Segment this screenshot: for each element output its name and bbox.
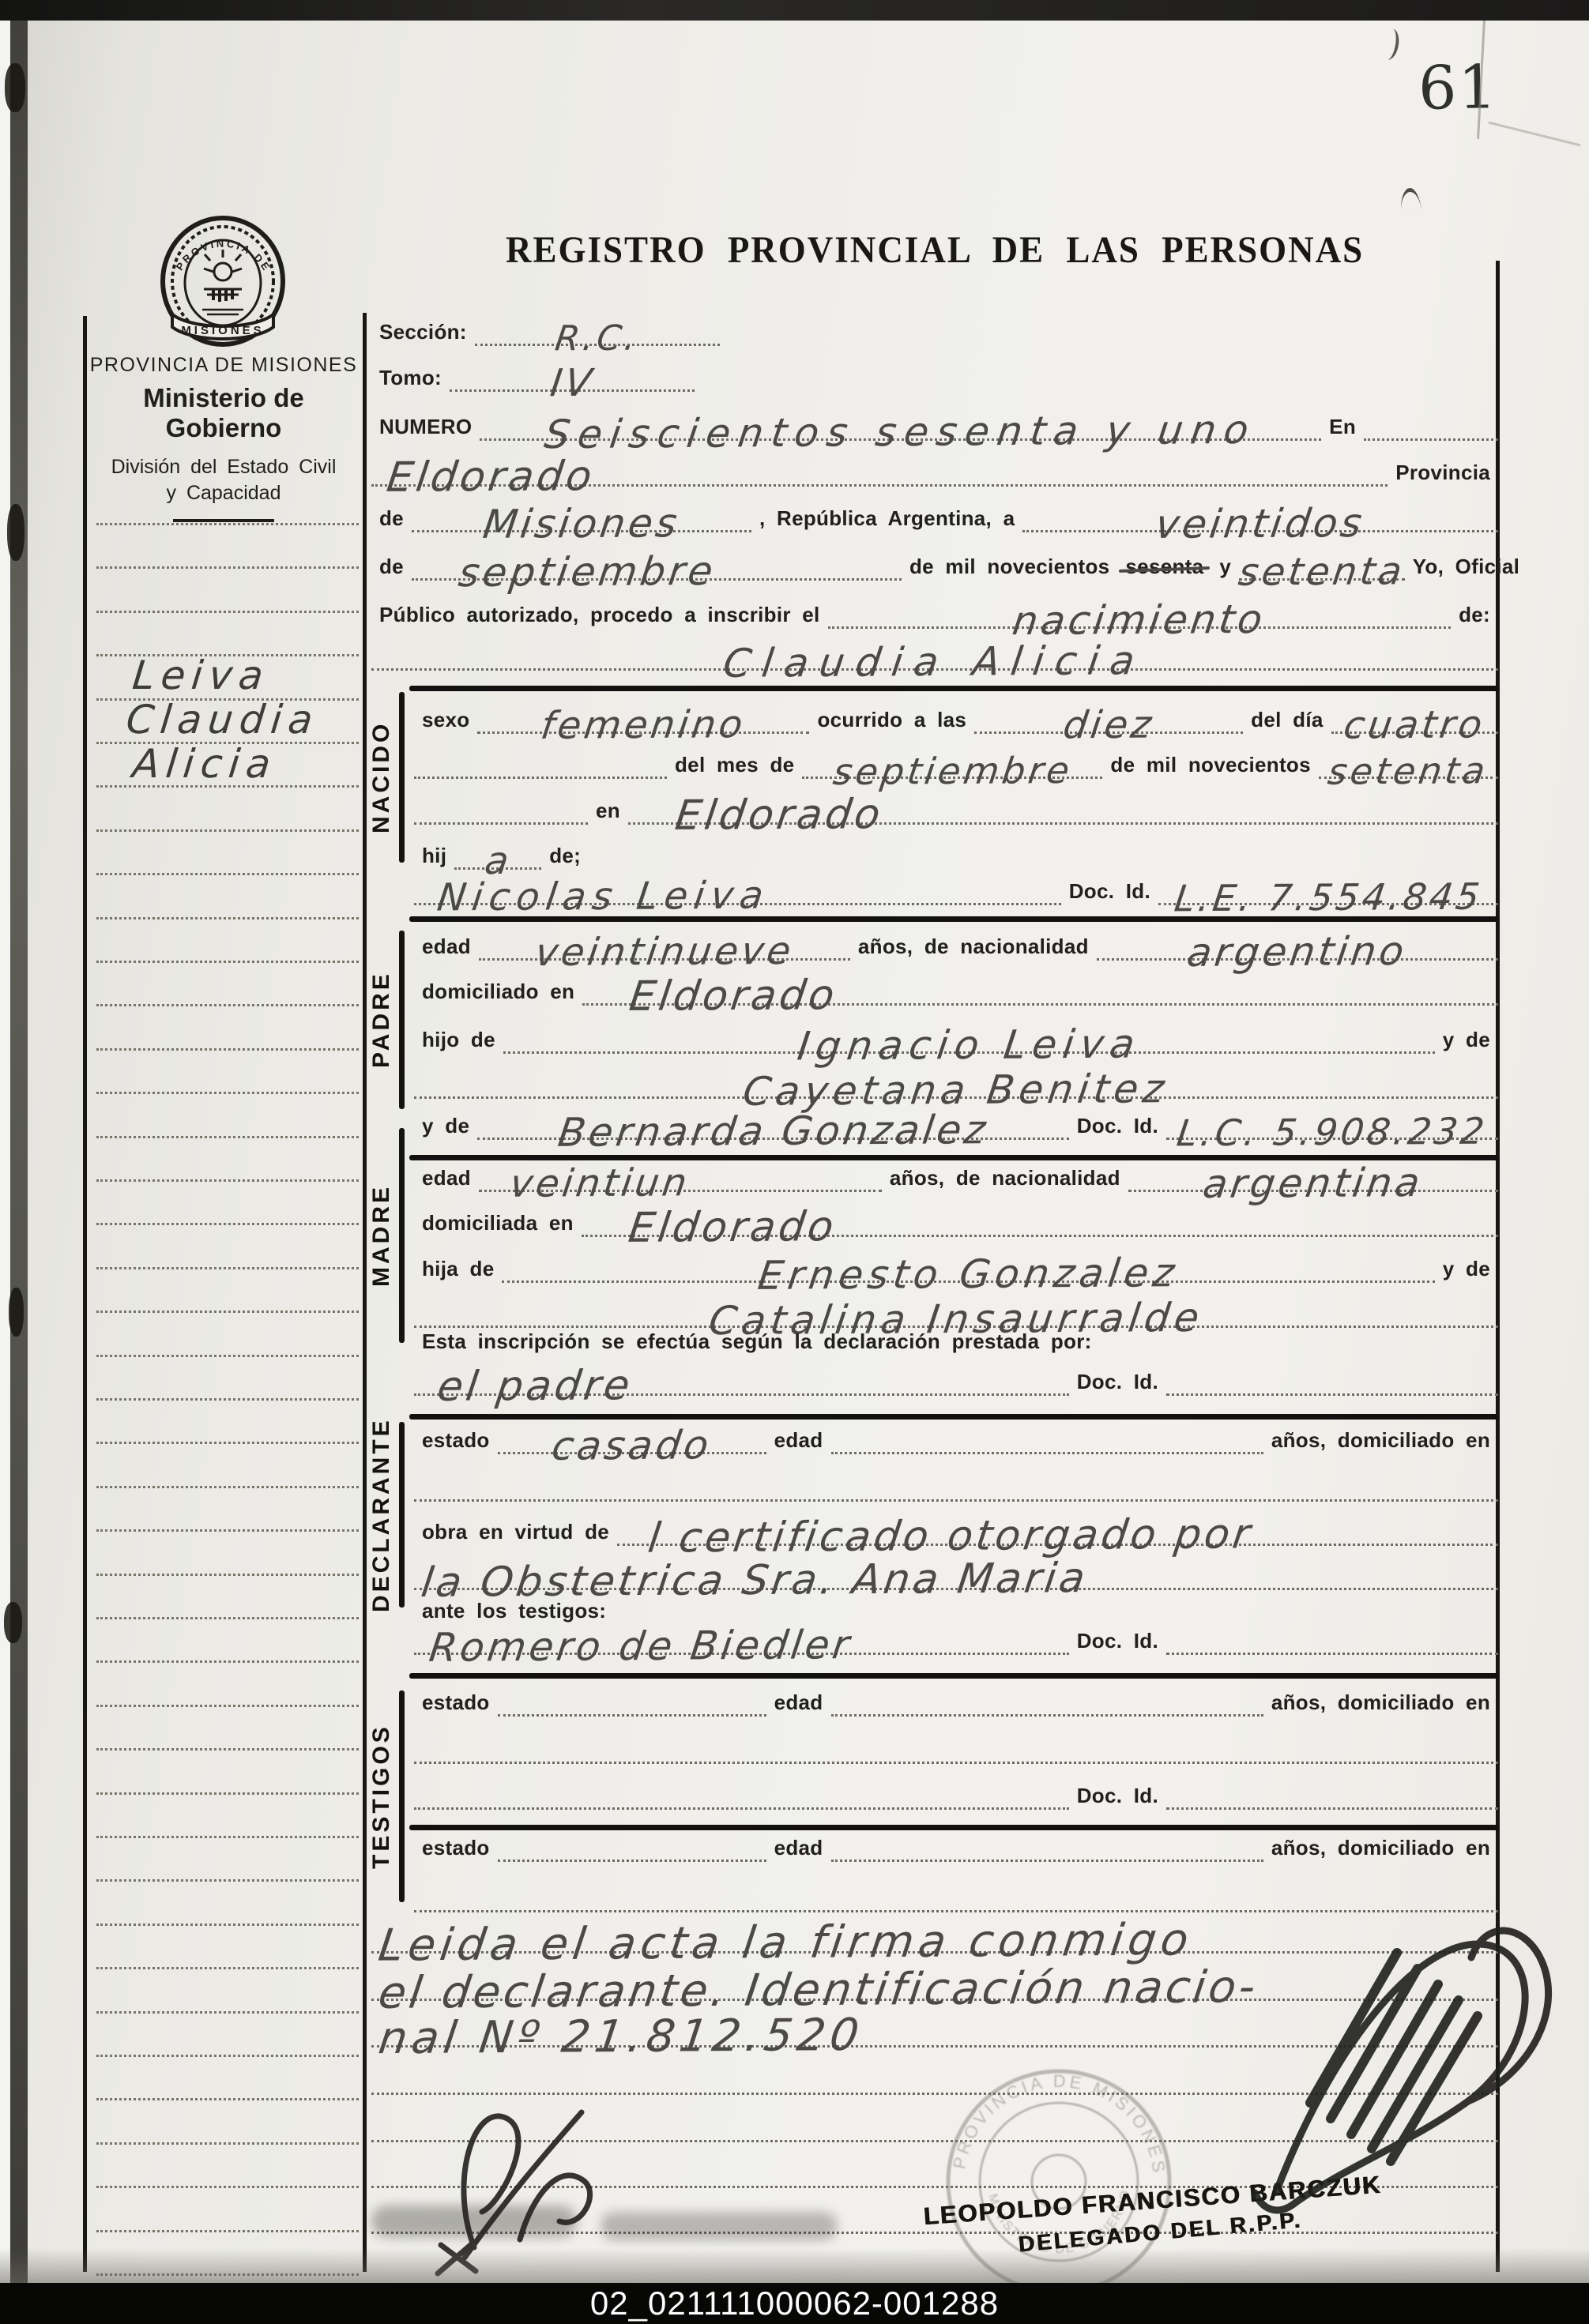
pen-stray-mark: [1379, 27, 1402, 61]
section-divider-rule: [409, 1673, 1498, 1679]
section-bracket: [399, 1128, 405, 1343]
issuing-authority-block: PROVINCIA DE MISIONES Ministerio de Gobi…: [85, 354, 363, 522]
margin-ruled-line: [96, 1967, 359, 1969]
form-row: Claudia Alicia: [371, 628, 1498, 671]
form-label: NUMERO: [371, 415, 480, 441]
form-row: del mes deseptiembrede mil novecientosse…: [414, 736, 1498, 779]
dotted-line: IV: [450, 347, 695, 392]
divider: [173, 519, 274, 522]
form-label: edad: [414, 934, 479, 961]
form-label: sexo: [414, 708, 477, 734]
form-row: [414, 1459, 1498, 1502]
margin-ruled-line: [96, 873, 359, 875]
margin-name-entry: Claudia: [124, 700, 321, 739]
form-row: Sección:R.C.: [371, 303, 1498, 346]
dotted-line: L.C. 5.908.232: [1166, 1095, 1498, 1140]
page-number: 61: [1418, 51, 1498, 123]
dotted-line: Claudia Alicia: [371, 626, 1498, 671]
margin-ruled-line: [96, 2142, 359, 2145]
form-row: hijo deIgnacio Leivay de: [414, 1011, 1498, 1054]
form-title: REGISTRO PROVINCIAL DE LAS PERSONAS: [506, 228, 1359, 272]
edge-tear-mark: [5, 63, 25, 112]
form-label: Doc. Id.: [1069, 1629, 1166, 1655]
dotted-line: R.C.: [475, 301, 720, 346]
section-divider-rule: [409, 686, 1498, 691]
form-label: estado: [414, 1428, 498, 1454]
section-divider-rule: [409, 1825, 1498, 1830]
handwritten-entry: Misiones: [481, 509, 681, 539]
margin-ruled-line: [96, 961, 359, 963]
section-divider-rule: [409, 1155, 1498, 1160]
handwritten-entry: setenta: [1237, 558, 1406, 587]
form-label: domiciliada en: [414, 1211, 582, 1237]
scan-left-edge: [0, 21, 10, 2283]
form-label: estado: [414, 1690, 498, 1717]
form-row: deseptiembrede mil novecientossesentayse…: [371, 538, 1498, 581]
dotted-line: septiembre: [802, 734, 1102, 779]
form-label: obra en virtud de: [414, 1520, 617, 1546]
form-label: y: [1211, 555, 1239, 581]
margin-ruled-line: [96, 1136, 359, 1138]
form-label: sesenta: [1117, 555, 1211, 581]
paper-crease: [1488, 122, 1580, 147]
dotted-line: nacimiento: [828, 584, 1452, 629]
form-row: sexofemeninoocurrido a lasdiezdel díacua…: [414, 691, 1498, 734]
margin-ruled-line: [96, 829, 359, 832]
form-row: [414, 1721, 1498, 1764]
form-row: Nicolas LeivaDoc. Id.L.E. 7.554.845: [414, 863, 1498, 905]
section-label-padre: PADRE: [363, 931, 400, 1109]
form-label: Provincia: [1388, 461, 1498, 487]
scanned-birth-certificate: 61 REGISTRO PROVINCIAL DE LAS PERSONAS P…: [0, 0, 1589, 2324]
dotted-line: [414, 1457, 1498, 1502]
margin-ruled-line: [96, 1442, 359, 1444]
section-label-nacido: NACIDO: [363, 692, 400, 863]
form-row: obra en virtud del certificado otorgado …: [414, 1503, 1498, 1546]
dotted-line: Nicolas Leiva: [414, 860, 1061, 905]
margin-ruled-line: [96, 2055, 359, 2057]
margin-column-border: [83, 316, 87, 2272]
dotted-line: argentino: [1097, 916, 1498, 961]
dotted-line: [414, 734, 667, 779]
margin-ruled-line: [96, 1355, 359, 1357]
handwritten-entry: Bernarda Gonzalez: [556, 1115, 990, 1147]
division-line2: y Capacidad: [85, 482, 363, 505]
dotted-line: [1166, 1765, 1498, 1810]
margin-ruled-line: [96, 1660, 359, 1663]
form-label: de: [371, 555, 412, 581]
margin-ruled-line: [96, 917, 359, 919]
section-bracket: [399, 692, 405, 863]
dotted-line: [1364, 396, 1498, 441]
section-bracket: [399, 1422, 405, 1608]
form-row: Romero de BiedlerDoc. Id.: [414, 1612, 1498, 1655]
dotted-line: setenta: [1239, 536, 1405, 581]
form-label: , República Argentina, a: [751, 506, 1022, 532]
margin-ruled-line: [96, 1879, 359, 1882]
form-label: del día: [1243, 708, 1331, 734]
form-label: años, domiciliado en: [1263, 1428, 1498, 1454]
section-divider-rule: [409, 1414, 1498, 1420]
dotted-line: veintiun: [479, 1147, 882, 1192]
signatures: [356, 1841, 1589, 2283]
margin-ruled-line: [96, 1792, 359, 1795]
form-label: hijo de: [414, 1028, 503, 1054]
form-label: edad: [414, 1166, 479, 1192]
form-label: Tomo:: [371, 366, 450, 392]
form-label: y de: [414, 1114, 477, 1140]
form-row: Cayetana Benitez: [414, 1056, 1498, 1099]
dotted-line: L.E. 7.554.845: [1158, 860, 1498, 905]
page-bottom-edge: [0, 2248, 1589, 2283]
handwritten-entry: Claudia Alicia: [722, 646, 1148, 678]
form-label: ocurrido a las: [809, 708, 974, 734]
handwritten-entry: veintidos: [1154, 509, 1367, 539]
official-signature: [1255, 1931, 1549, 2210]
dotted-line: Eldorado: [582, 961, 1498, 1006]
form-label: domiciliado en: [414, 980, 582, 1006]
form-label: Doc. Id.: [1061, 879, 1158, 905]
form-label: de mil novecientos: [902, 555, 1117, 581]
handwritten-entry: IV: [548, 370, 596, 397]
margin-ruled-line: [96, 2186, 359, 2188]
form-row: el padreDoc. Id.: [414, 1353, 1498, 1396]
margin-ruled-line: [96, 611, 359, 613]
form-label: Doc. Id.: [1069, 1370, 1166, 1396]
dotted-line: [1166, 1610, 1498, 1655]
provincia-de-misiones-seal: PROVINCIA DE MISIONES: [152, 213, 294, 357]
handwritten-entry: Romero de Biedler: [427, 1630, 853, 1662]
dotted-line: [414, 780, 588, 825]
handwritten-entry: Eldorado: [628, 981, 839, 1012]
dotted-line: femenino: [477, 689, 809, 734]
dotted-line: Romero de Biedler: [414, 1610, 1069, 1655]
form-label: de: [371, 506, 412, 532]
form-label: de mil novecientos: [1102, 753, 1318, 779]
ministry-name: Ministerio de Gobierno: [85, 383, 363, 443]
edge-tear-mark: [9, 1288, 24, 1337]
form-row: EldoradoProvincia: [371, 444, 1498, 487]
dotted-line: Misiones: [412, 487, 751, 532]
margin-ruled-line: [96, 1617, 359, 1619]
margin-ruled-line: [96, 566, 359, 569]
dotted-line: Eldorado: [628, 780, 1498, 825]
margin-ruled-line: [96, 1398, 359, 1401]
margin-ruled-line: [96, 1924, 359, 1926]
dotted-line: veintidos: [1022, 487, 1498, 532]
dotted-line: argentina: [1128, 1147, 1498, 1192]
edge-tear-mark: [7, 504, 24, 561]
dotted-line: Ernesto Gonzalez: [502, 1238, 1434, 1283]
division-line1: División del Estado Civil: [85, 456, 363, 479]
margin-ruled-line: [96, 1267, 359, 1269]
handwritten-entry: septiembre: [457, 557, 717, 587]
scan-code: 02_021111000062-001288: [590, 2285, 999, 2322]
margin-name-entry: Leiva: [130, 656, 271, 695]
margin-ruled-line: [96, 2011, 359, 2014]
form-label: Doc. Id.: [1069, 1784, 1166, 1810]
margin-ruled-line: [96, 2098, 359, 2100]
form-label: y de: [1435, 1028, 1498, 1054]
form-row: edadveintinueveaños, de nacionalidadarge…: [414, 918, 1498, 961]
handwritten-entry: L.C. 5.908.232: [1176, 1119, 1489, 1147]
dotted-line: [414, 1765, 1069, 1810]
dotted-line: diez: [974, 689, 1243, 734]
form-label: Yo, Oficial: [1405, 555, 1528, 581]
dotted-line: veintinueve: [479, 916, 850, 961]
margin-ruled-line: [96, 1004, 359, 1006]
form-row: hija deErnesto Gonzalezy de: [414, 1240, 1498, 1283]
form-label: años, de nacionalidad: [850, 934, 1097, 961]
scan-code-bar: 02_021111000062-001288: [0, 2283, 1589, 2324]
dotted-line: [414, 1719, 1498, 1764]
dotted-line: [1166, 1351, 1498, 1396]
edge-tear-mark: [4, 1602, 22, 1643]
form-label: del mes de: [667, 753, 802, 779]
dotted-line: l certificado otorgado por: [617, 1501, 1498, 1546]
province-name: PROVINCIA DE MISIONES: [85, 354, 363, 377]
section-bracket: [399, 931, 405, 1109]
margin-ruled-line: [96, 1529, 359, 1532]
form-row: domiciliada enEldorado: [414, 1194, 1498, 1237]
scan-top-edge: [0, 0, 1589, 21]
margin-ruled-line: [96, 1574, 359, 1576]
form-label: En: [1321, 415, 1364, 441]
form-label: años, de nacionalidad: [882, 1166, 1128, 1192]
margin-ruled-line: [96, 1836, 359, 1838]
section-divider-rule: [409, 916, 1498, 922]
margin-ruled-line: [96, 2230, 359, 2232]
dotted-line: Ignacio Leiva: [503, 1009, 1435, 1054]
form-row: y deBernarda GonzalezDoc. Id.L.C. 5.908.…: [414, 1097, 1498, 1140]
form-label: Sección:: [371, 320, 475, 346]
form-row: NUMEROSeiscientos sesenta y unoEn: [371, 398, 1498, 441]
margin-ruled-line: [96, 1179, 359, 1182]
margin-ruled-line: [96, 1748, 359, 1751]
dotted-line: Cayetana Benitez: [414, 1054, 1498, 1099]
seal-banner-text: MISIONES: [181, 324, 264, 337]
margin-ruled-line: [96, 1048, 359, 1051]
form-row: enEldorado: [414, 782, 1498, 825]
form-label: en: [588, 799, 628, 825]
dotted-line: el padre: [414, 1351, 1069, 1396]
pen-stray-mark: [1399, 187, 1421, 213]
form-label: edad: [766, 1428, 831, 1454]
dotted-line: Eldorado: [582, 1192, 1498, 1237]
book-spine-shadow: [10, 21, 28, 2283]
margin-ruled-line: [96, 1223, 359, 1225]
handwritten-entry: Nicolas Leiva: [435, 882, 770, 912]
margin-ruled-line: [96, 1486, 359, 1488]
form-label: años, domiciliado en: [1263, 1690, 1498, 1717]
dotted-line: Seiscientos sesenta y uno: [480, 396, 1321, 441]
form-row: Esta inscripción se efectúa según la dec…: [414, 1313, 1498, 1356]
margin-ruled-line: [96, 1311, 359, 1313]
margin-name-entry: Alicia: [130, 744, 278, 784]
form-row: Tomo:IV: [371, 349, 1498, 392]
form-row: Doc. Id.: [414, 1767, 1498, 1810]
seal-sun-icon: [214, 263, 232, 280]
form-row: domiciliado enEldorado: [414, 963, 1498, 1006]
form-label: Doc. Id.: [1069, 1114, 1166, 1140]
dotted-line: Eldorado: [371, 442, 1388, 487]
margin-ruled-line: [96, 1705, 359, 1707]
dotted-line: septiembre: [412, 536, 902, 581]
handwritten-entry: L.E. 7.554.845: [1173, 884, 1483, 912]
form-label: edad: [766, 1690, 831, 1717]
form-label: y de: [1435, 1257, 1498, 1283]
section-label-madre: MADRE: [363, 1128, 400, 1343]
form-label: hija de: [414, 1257, 502, 1283]
section-label-declarante: DECLARANTE: [363, 1422, 400, 1608]
dotted-line: cuatro: [1331, 689, 1498, 734]
handwritten-entry: el padre: [435, 1371, 634, 1402]
margin-ruled-line: [96, 523, 359, 525]
form-row: estadoedadaños, domiciliado en: [414, 1674, 1498, 1717]
form-row: deMisiones, República Argentina, aveinti…: [371, 490, 1498, 532]
dotted-line: Bernarda Gonzalez: [477, 1095, 1068, 1140]
dotted-line: setenta: [1319, 734, 1498, 779]
form-row: Público autorizado, procedo a inscribir …: [371, 586, 1498, 629]
margin-ruled-line: [96, 1092, 359, 1094]
